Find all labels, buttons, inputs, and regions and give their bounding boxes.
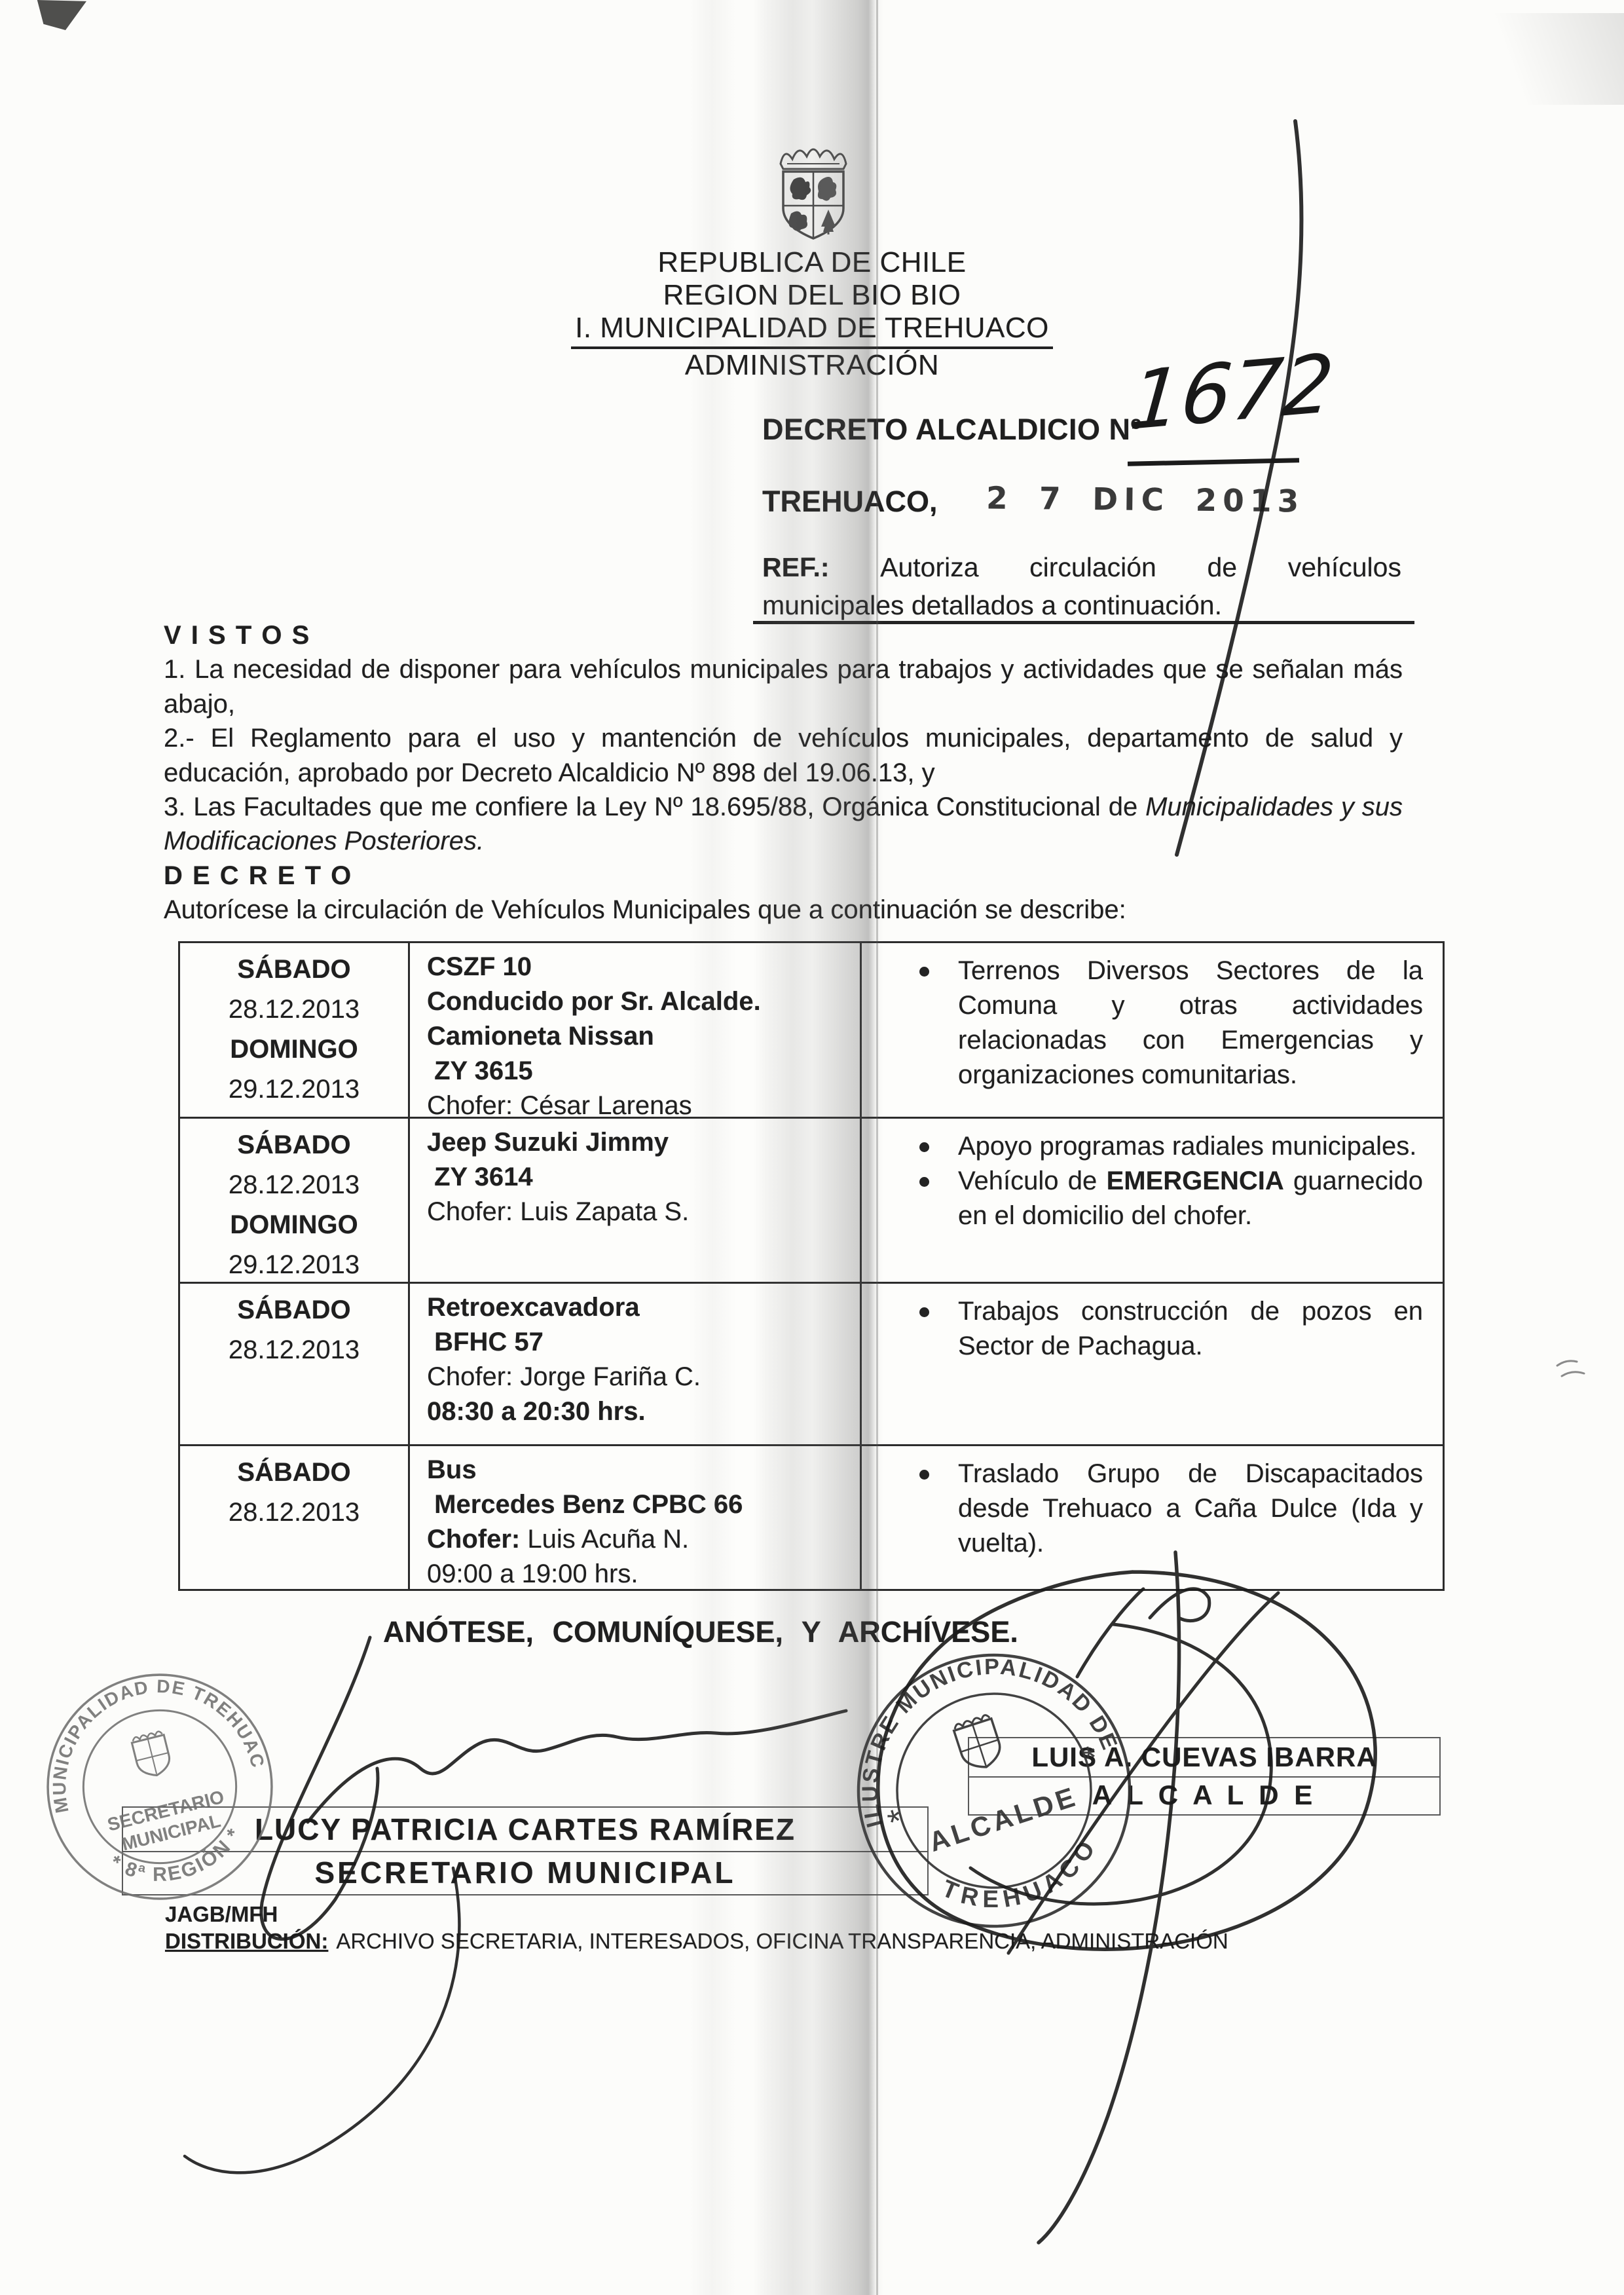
bullet-dot-icon xyxy=(919,1177,929,1187)
decree-number-underline xyxy=(1128,458,1299,466)
date-line: DOMINGO xyxy=(180,1030,408,1070)
distribution-line: DISTRIBUCIÓN:ARCHIVO SECRETARIA, INTERES… xyxy=(165,1929,1228,1954)
scan-edge-shadow xyxy=(1454,13,1624,105)
text-segment: Camioneta Nissan xyxy=(427,1022,654,1051)
header-country: REPUBLICA DE CHILE xyxy=(419,246,1205,279)
distribution-text: ARCHIVO SECRETARIA, INTERESADOS, OFICINA… xyxy=(336,1929,1228,1953)
table-cell-dates: SÁBADO28.12.2013 xyxy=(180,1446,408,1589)
vistos-item: 1. La necesidad de disponer para vehícul… xyxy=(164,652,1403,721)
text-segment: SÁBADO xyxy=(237,955,350,984)
text-segment: 28.12.2013 xyxy=(229,1335,360,1364)
document-header: REPUBLICA DE CHILE REGION DEL BIO BIO I.… xyxy=(419,246,1205,382)
text-segment: Vehículo de xyxy=(958,1166,1107,1195)
table-cell-dates: SÁBADO28.12.2013DOMINGO29.12.2013 xyxy=(180,1119,408,1284)
stamp-ring-text: I. MUNICIPALIDAD DE TREHUACO xyxy=(12,1639,269,1824)
header-department: ADMINISTRACIÓN xyxy=(419,349,1205,382)
decreto-intro: Autorícese la circulación de Vehículos M… xyxy=(164,893,1403,927)
text-segment: Retroexcavadora xyxy=(427,1293,640,1322)
decree-number-handwritten: 1672 xyxy=(1126,337,1337,449)
text-segment: Mercedes Benz CPBC 66 xyxy=(427,1490,743,1519)
vistos-item: 2.- El Reglamento para el uso y mantenci… xyxy=(164,721,1403,790)
municipal-crest-icon xyxy=(767,141,859,245)
text-segment: 29.12.2013 xyxy=(229,1250,360,1279)
text-segment: 09:00 a 19:00 hrs. xyxy=(427,1559,638,1588)
vehicle-line: ZY 3615 xyxy=(427,1054,853,1089)
vehicle-line: Chofer: Jorge Fariña C. xyxy=(427,1360,853,1394)
date-line: 29.12.2013 xyxy=(180,1070,408,1110)
date-line: SÁBADO xyxy=(180,1453,408,1493)
distribution-label: DISTRIBUCIÓN: xyxy=(165,1929,328,1953)
text-segment: SÁBADO xyxy=(237,1296,350,1324)
text-segment: Terrenos Diversos Sectores de la Comuna … xyxy=(958,956,1423,1089)
table-cell-purpose: Apoyo programas radiales municipales.Veh… xyxy=(860,1119,1443,1284)
purpose-text: Traslado Grupo de Discapacitados desde T… xyxy=(958,1457,1443,1561)
header-region: REGION DEL BIO BIO xyxy=(419,279,1205,312)
text-segment: CSZF 10 xyxy=(427,952,532,981)
decree-place-label: TREHUACO, xyxy=(762,485,938,519)
text-segment: 28.12.2013 xyxy=(229,1170,360,1199)
table-cell-purpose: Traslado Grupo de Discapacitados desde T… xyxy=(860,1446,1443,1589)
date-line: 28.12.2013 xyxy=(180,1165,408,1205)
text-segment: Jeep Suzuki Jimmy xyxy=(427,1128,669,1157)
purpose-bullet: Apoyo programas radiales municipales. xyxy=(862,1129,1443,1164)
svg-text:I. MUNICIPALIDAD DE TREHUACO: I. MUNICIPALIDAD DE TREHUACO xyxy=(12,1639,269,1824)
text-segment: 28.12.2013 xyxy=(229,995,360,1024)
table-cell-purpose: Trabajos construcción de pozos en Sector… xyxy=(860,1284,1443,1446)
text-segment: DOMINGO xyxy=(230,1035,358,1064)
date-line: SÁBADO xyxy=(180,1125,408,1165)
text-segment: DOMINGO xyxy=(230,1210,358,1239)
vistos-heading: V I S T O S xyxy=(164,618,1403,652)
text-segment: Chofer: Jorge Fariña C. xyxy=(427,1362,701,1391)
table-cell-dates: SÁBADO28.12.2013 xyxy=(180,1284,408,1446)
purpose-bullet: Vehículo de EMERGENCIA guarnecido en el … xyxy=(862,1164,1443,1233)
bullet-dot-icon xyxy=(919,1142,929,1152)
closing-formula: ANÓTESE, COMUNÍQUESE, Y ARCHÍVESE. xyxy=(383,1615,1018,1649)
decreto-heading: D E C R E T O xyxy=(164,859,1403,893)
vehicle-line: CSZF 10 xyxy=(427,950,853,984)
text-segment: SÁBADO xyxy=(237,1458,350,1487)
vehicle-line: Chofer: Luis Zapata S. xyxy=(427,1195,853,1229)
purpose-text: Vehículo de EMERGENCIA guarnecido en el … xyxy=(958,1164,1443,1233)
bullet-dot-icon xyxy=(919,1307,929,1317)
scan-corner-mark xyxy=(34,0,86,30)
reference-line2: municipales detallados a continuación. xyxy=(762,590,1222,621)
date-line: 29.12.2013 xyxy=(180,1245,408,1285)
text-segment: 29.12.2013 xyxy=(229,1075,360,1104)
reference-word: de xyxy=(1208,552,1238,583)
vehicle-line: Camioneta Nissan xyxy=(427,1019,853,1054)
vehicle-line: ZY 3614 xyxy=(427,1160,853,1195)
vehicle-line: 09:00 a 19:00 hrs. xyxy=(427,1557,853,1592)
text-segment: 08:30 a 20:30 hrs. xyxy=(427,1397,646,1426)
vehicle-line: Jeep Suzuki Jimmy xyxy=(427,1125,853,1160)
text-segment: Conducido por Sr. Alcalde. xyxy=(427,987,761,1016)
reference-line1: REF.:Autorizacirculacióndevehículos xyxy=(762,552,1401,583)
vistos-item: 3. Las Facultades que me confiere la Ley… xyxy=(164,790,1403,859)
vehicle-line: 08:30 a 20:30 hrs. xyxy=(427,1394,853,1429)
text-segment: Bus xyxy=(427,1455,477,1484)
vehicle-line: Conducido por Sr. Alcalde. xyxy=(427,984,853,1019)
bullet-dot-icon xyxy=(919,1470,929,1480)
text-segment: Traslado Grupo de Discapacitados desde T… xyxy=(958,1459,1423,1558)
reference-word: vehículos xyxy=(1288,552,1401,583)
date-line: 28.12.2013 xyxy=(180,990,408,1030)
text-segment: BFHC 57 xyxy=(427,1328,544,1356)
purpose-text: Apoyo programas radiales municipales. xyxy=(958,1129,1443,1164)
text-segment: Chofer: César Larenas xyxy=(427,1091,692,1120)
scanned-decree-page: REPUBLICA DE CHILE REGION DEL BIO BIO I.… xyxy=(0,0,1624,2295)
date-stamp: 2 7 DIC 2013 xyxy=(986,480,1305,519)
text-segment: Apoyo programas radiales municipales. xyxy=(958,1132,1416,1161)
date-line: 28.12.2013 xyxy=(180,1330,408,1370)
text-segment: Luis Acuña N. xyxy=(520,1525,689,1554)
text-segment: ZY 3614 xyxy=(427,1163,533,1191)
reference-word: Autoriza xyxy=(880,552,978,583)
text-segment: EMERGENCIA xyxy=(1107,1166,1284,1195)
text-segment: Trabajos construcción de pozos en Sector… xyxy=(958,1297,1423,1360)
text-segment: 28.12.2013 xyxy=(229,1498,360,1527)
bullet-dot-icon xyxy=(919,967,929,977)
text-segment: 1. La necesidad de disponer para vehícul… xyxy=(164,655,1403,718)
vistos-items: 1. La necesidad de disponer para vehícul… xyxy=(164,652,1403,858)
purpose-bullet: Trabajos construcción de pozos en Sector… xyxy=(862,1294,1443,1364)
date-line: DOMINGO xyxy=(180,1205,408,1245)
purpose-bullet: Terrenos Diversos Sectores de la Comuna … xyxy=(862,954,1443,1092)
vehicle-line: Bus xyxy=(427,1453,853,1487)
table-cell-vehicle: Retroexcavadora BFHC 57Chofer: Jorge Far… xyxy=(408,1284,860,1446)
vehicle-line: Mercedes Benz CPBC 66 xyxy=(427,1487,853,1522)
vehicles-table: SÁBADO28.12.2013DOMINGO29.12.2013CSZF 10… xyxy=(178,941,1445,1591)
purpose-bullet: Traslado Grupo de Discapacitados desde T… xyxy=(862,1457,1443,1561)
purpose-text: Terrenos Diversos Sectores de la Comuna … xyxy=(958,954,1443,1092)
reference-word: REF.: xyxy=(762,552,830,583)
mayor-stamp-icon: ILUSTRE MUNICIPALIDAD DE TREHUACO * * AL… xyxy=(807,1604,1181,1977)
purpose-text: Trabajos construcción de pozos en Sector… xyxy=(958,1294,1443,1364)
vehicle-line: Chofer: Luis Acuña N. xyxy=(427,1522,853,1557)
text-segment: Chofer: Luis Zapata S. xyxy=(427,1197,689,1226)
table-cell-purpose: Terrenos Diversos Sectores de la Comuna … xyxy=(860,943,1443,1119)
stamp-inner-title: ALCALDE xyxy=(925,1781,1082,1858)
decree-title-label: DECRETO ALCALDICIO Nº xyxy=(762,413,1141,447)
table-cell-vehicle: Jeep Suzuki Jimmy ZY 3614Chofer: Luis Za… xyxy=(408,1119,860,1284)
table-cell-dates: SÁBADO28.12.2013DOMINGO29.12.2013 xyxy=(180,943,408,1119)
vehicle-line: BFHC 57 xyxy=(427,1325,853,1360)
date-line: SÁBADO xyxy=(180,1290,408,1330)
decree-body: V I S T O S 1. La necesidad de disponer … xyxy=(164,618,1403,927)
table-cell-vehicle: Bus Mercedes Benz CPBC 66Chofer: Luis Ac… xyxy=(408,1446,860,1589)
date-line: 28.12.2013 xyxy=(180,1493,408,1533)
header-municipality: I. MUNICIPALIDAD DE TREHUACO xyxy=(419,312,1205,349)
text-segment: ZY 3615 xyxy=(427,1056,533,1085)
vehicle-line: Retroexcavadora xyxy=(427,1290,853,1325)
text-segment: 3. Las Facultades que me confiere la Ley… xyxy=(164,793,1145,821)
text-segment: Chofer: xyxy=(427,1525,520,1554)
text-segment: 2.- El Reglamento para el uso y mantenci… xyxy=(164,724,1403,787)
date-line: SÁBADO xyxy=(180,950,408,990)
text-segment: SÁBADO xyxy=(237,1130,350,1159)
reference-word: circulación xyxy=(1029,552,1156,583)
table-cell-vehicle: CSZF 10Conducido por Sr. Alcalde.Camione… xyxy=(408,943,860,1119)
